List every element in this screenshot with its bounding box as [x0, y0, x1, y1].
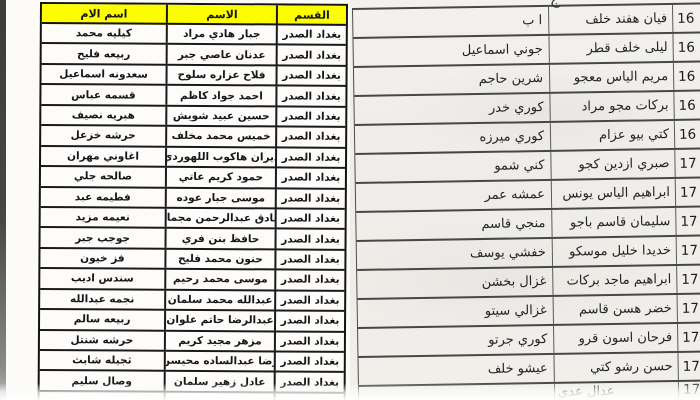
name-cell: رضا عبدالساده محيسن [164, 352, 274, 371]
right-names-table: 16فيان هفند خلفا ب16ليلى خلف قطرجوني اسم… [352, 2, 700, 400]
left-table-body: بغداد الصدرجبار هادي مرادكيليه محمدبغداد… [40, 24, 346, 400]
mother-name-cell: ربيعه فليح [42, 44, 166, 63]
section-cell: بغداد الصدر [275, 189, 345, 208]
row-number-cell: 16 [674, 120, 700, 148]
mother-name-cell: نجمه عبدالله [40, 290, 164, 309]
cropped-row-fragment: ج [550, 0, 560, 7]
header-mother-name: اسم الام [42, 4, 166, 23]
name-cell: كتي بيو عزام [550, 121, 674, 150]
mother-name-cell: سعدونه اسماعيل [42, 65, 166, 84]
name-cell: صبري ازدين كجو [550, 150, 674, 179]
name-cell: عبدالرضا حاتم علوان [164, 311, 274, 330]
header-section: القسم [276, 5, 346, 23]
name-cell: ليلى خلف قطر [548, 34, 672, 63]
table-row: بغداد الصدرعدنان عاصي جبرربيعه فليح [42, 44, 346, 66]
name-cell: خميس محمد مخلف [165, 127, 275, 146]
table-row: بغداد الصدراحمد جواد كاظمقسمه عباس [41, 85, 345, 107]
row-number-cell: 16 [673, 62, 700, 90]
row-number-cell: 17 [675, 207, 700, 235]
section-cell: بغداد الصدر [276, 46, 346, 65]
name-cell: ابراهيم ماجد بركات [552, 266, 676, 295]
section-cell: بغداد الصدر [275, 128, 345, 147]
second-name-cell: غزالي سيتو [358, 297, 553, 327]
table-row: بغداد الصدرعبدالرضا حاتم علوانربيعه سالم [40, 310, 344, 332]
table-row: بغداد الصدرحسين عبيد شويشهبريه نصيف [41, 106, 345, 128]
second-name-cell: ا ب [353, 7, 548, 37]
name-cell: ابراهيم الياس يونس [551, 179, 675, 208]
section-cell: بغداد الصدر [275, 169, 345, 188]
table-row: بغداد الصدرموسى محمد رحيمسندس اديب [40, 269, 344, 291]
row-number-cell: 17 [675, 178, 700, 206]
second-name-cell: عيشو خلف [359, 355, 554, 385]
row-number-cell: 17 [676, 236, 700, 264]
mother-name-cell: ربيعه سالم [40, 310, 164, 329]
name-cell: احمد جواد كاظم [165, 86, 275, 105]
name-cell: حافظ بنن فري [165, 229, 275, 248]
name-cell: فرحان اسون قرو [553, 324, 677, 353]
name-cell: مزهر مجيد كريم [164, 331, 274, 350]
table-row: بغداد الصدرخميس محمد مخلفحرشه خزعل [41, 126, 345, 148]
mother-name-cell: كيليه محمد [42, 24, 166, 43]
section-cell: بغداد الصدر [274, 250, 344, 269]
section-cell: بغداد الصدر [274, 312, 344, 331]
row-number-cell: 16 [672, 33, 700, 61]
row-number-cell: 16 [673, 91, 700, 119]
row-number-cell: 17 [676, 265, 700, 293]
section-cell: بغداد الصدر [275, 107, 345, 126]
second-name-cell: خفشي يوسف [357, 239, 552, 269]
section-cell: بغداد الصدر [274, 332, 344, 351]
table-row: بغداد الصدررضا عبدالساده محيسنثجيله شابث [40, 351, 344, 373]
mother-name-cell: فز خيون [40, 249, 164, 268]
second-name-cell: جوني اسماعيل [354, 36, 549, 66]
second-name-cell: كوري جرتو [358, 326, 553, 356]
table-row: بغداد الصدرحنون محمد فليحفز خيون [40, 249, 344, 271]
section-cell: بغداد الصدر [274, 271, 344, 290]
name-cell: عدنان عاصي جبر [166, 45, 276, 64]
section-cell: بغداد الصدر [275, 148, 345, 167]
mother-name-cell: هبريه نصيف [41, 106, 165, 125]
second-name-cell: كوري ميرزه [355, 123, 550, 153]
name-cell: جبار هادي مراد [166, 25, 276, 44]
name-cell: فلاح عزاره سلوح [166, 66, 276, 85]
mother-name-cell: جوجب جبر [41, 228, 165, 247]
name-cell: حنون محمد فليح [164, 250, 274, 269]
mother-name-cell: قسمه عباس [41, 85, 165, 104]
name-cell: سليمان قاسم باجو [551, 208, 675, 237]
name-cell: صادق عبدالرحمن مجمان [165, 209, 275, 228]
second-name-cell: منجي قاسم [356, 210, 551, 240]
left-table-header-row: القسم الاسم اسم الام [42, 4, 346, 26]
mother-name-cell: ثجيله شابث [40, 351, 164, 370]
name-cell: ديران هاكوب اللهوردي [165, 147, 275, 166]
section-cell: بغداد الصدر [275, 230, 345, 249]
second-name-cell: شرين حاجم [354, 65, 549, 95]
name-cell: خديدا خليل موسكو [552, 237, 676, 266]
second-name-cell: كوري خدر [355, 94, 550, 124]
table-row: بغداد الصدرحافظ بنن فريجوجب جبر [40, 228, 344, 250]
section-cell: بغداد الصدر [276, 25, 346, 44]
name-cell: عبدالله محمد سلمان [164, 290, 274, 309]
name-cell: خضر هسن قاسم [553, 295, 677, 324]
table-row: بغداد الصدرصادق عبدالرحمن مجماننعيمه مزي… [41, 208, 345, 230]
mother-name-cell: حرشه شنتل [40, 331, 164, 350]
table-row: بغداد الصدرفلاح عزاره سلوحسعدونه اسماعيل [41, 65, 345, 87]
name-cell: موسى محمد رحيم [164, 270, 274, 289]
photo-of-name-lists: القسم الاسم اسم الام بغداد الصدرجبار هاد… [0, 0, 700, 400]
table-row: بغداد الصدرديران هاكوب اللهوردياغاوني مه… [41, 147, 345, 169]
table-row: 16فيان هفند خلفا ب [353, 2, 700, 37]
mother-name-cell: صالحه جلي [41, 167, 165, 186]
row-number-cell: 17 [674, 149, 700, 177]
table-row: بغداد الصدرجبار هادي مرادكيليه محمد [42, 24, 346, 46]
header-name: الاسم [166, 5, 276, 24]
row-number-cell: 17 [677, 352, 700, 380]
left-names-table: القسم الاسم اسم الام بغداد الصدرجبار هاد… [38, 2, 348, 400]
row-number-cell: 17 [677, 323, 700, 351]
row-number-cell: 16 [672, 4, 700, 32]
mother-name-cell: حرشه خزعل [41, 126, 165, 145]
section-cell: بغداد الصدر [275, 87, 345, 106]
mother-name-cell: نعيمه مزيد [41, 208, 165, 227]
name-cell: موسى جبار عوده [165, 188, 275, 207]
bottom-fade-overlay [0, 383, 700, 400]
table-row: بغداد الصدرمزهر مجيد كريمحرشه شنتل [40, 331, 344, 353]
name-cell: حمود كريم عاتي [165, 168, 275, 187]
table-row: بغداد الصدرحمود كريم عاتيصالحه جلي [41, 167, 345, 189]
section-cell: بغداد الصدر [274, 291, 344, 310]
second-name-cell: غزال بخشن [357, 268, 552, 298]
name-cell: حسين عبيد شويش [165, 107, 275, 126]
name-cell: مريم الياس معجو [549, 63, 673, 92]
section-cell: بغداد الصدر [274, 352, 344, 371]
section-cell: بغداد الصدر [275, 66, 345, 85]
row-number-cell: 17 [677, 294, 700, 322]
name-cell: بركات مجو مراد [549, 92, 673, 121]
name-cell: فيان هفند خلف [548, 5, 672, 34]
second-name-cell: عمشه عمر [356, 181, 551, 211]
mother-name-cell: سندس اديب [40, 269, 164, 288]
mother-name-cell: فطيمه عبد [41, 188, 165, 207]
second-name-cell: كني شمو [356, 152, 551, 182]
section-cell: بغداد الصدر [275, 209, 345, 228]
mother-name-cell: اغاوني مهران [41, 147, 165, 166]
table-row: بغداد الصدرموسى جبار عودهفطيمه عبد [41, 188, 345, 210]
name-cell: حسن رشو كتي [553, 353, 677, 382]
table-row: بغداد الصدرعبدالله محمد سلماننجمه عبدالل… [40, 290, 344, 312]
